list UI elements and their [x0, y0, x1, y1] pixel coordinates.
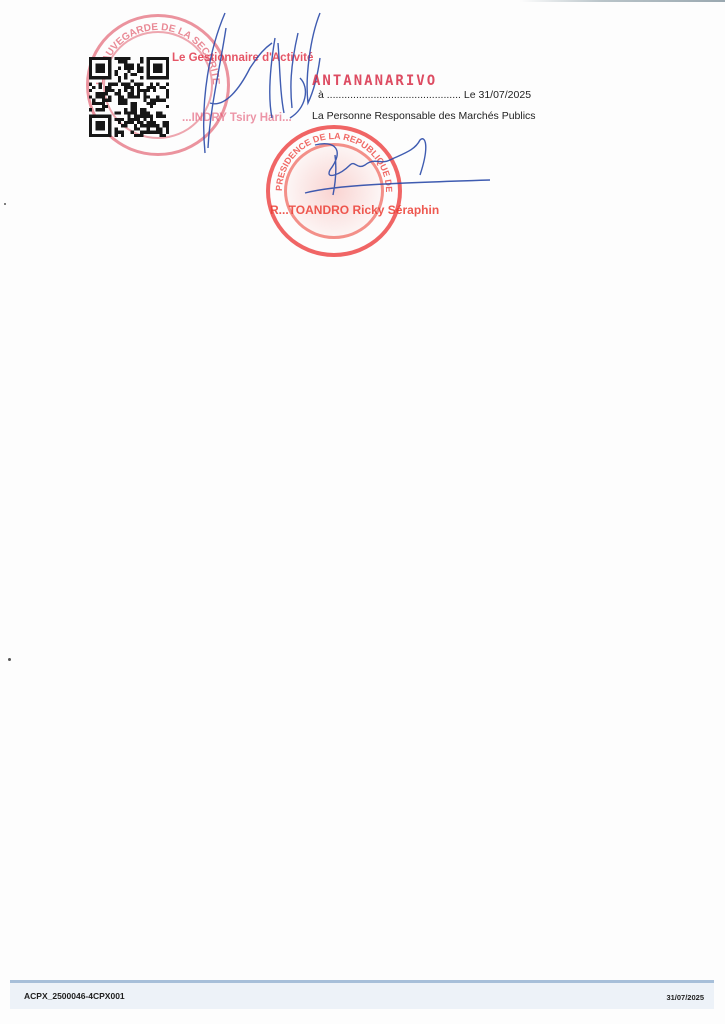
right-signature: [295, 135, 495, 200]
place-date-line: à ......................................…: [318, 89, 531, 101]
footer-date: 31/07/2025: [666, 993, 704, 1002]
place-prefix: à: [318, 89, 324, 101]
footer-bar: ACPX_2500046-4CPX001 31/07/2025: [10, 983, 714, 1009]
right-signatory-role: La Personne Responsable des Marchés Publ…: [312, 110, 536, 122]
city-stamp: ANTANANARIVO: [312, 73, 437, 89]
date-label: Le 31/07/2025: [464, 89, 531, 101]
scan-speck: [4, 203, 6, 205]
footer-reference: ACPX_2500046-4CPX001: [24, 991, 125, 1001]
scan-speck: [8, 658, 11, 661]
right-signatory-name: R...TOANDRO Ricky Séraphin: [270, 203, 439, 217]
scan-edge-strip: [520, 0, 725, 2]
place-dots: ........................................…: [327, 89, 461, 101]
qr-code: [89, 57, 169, 137]
